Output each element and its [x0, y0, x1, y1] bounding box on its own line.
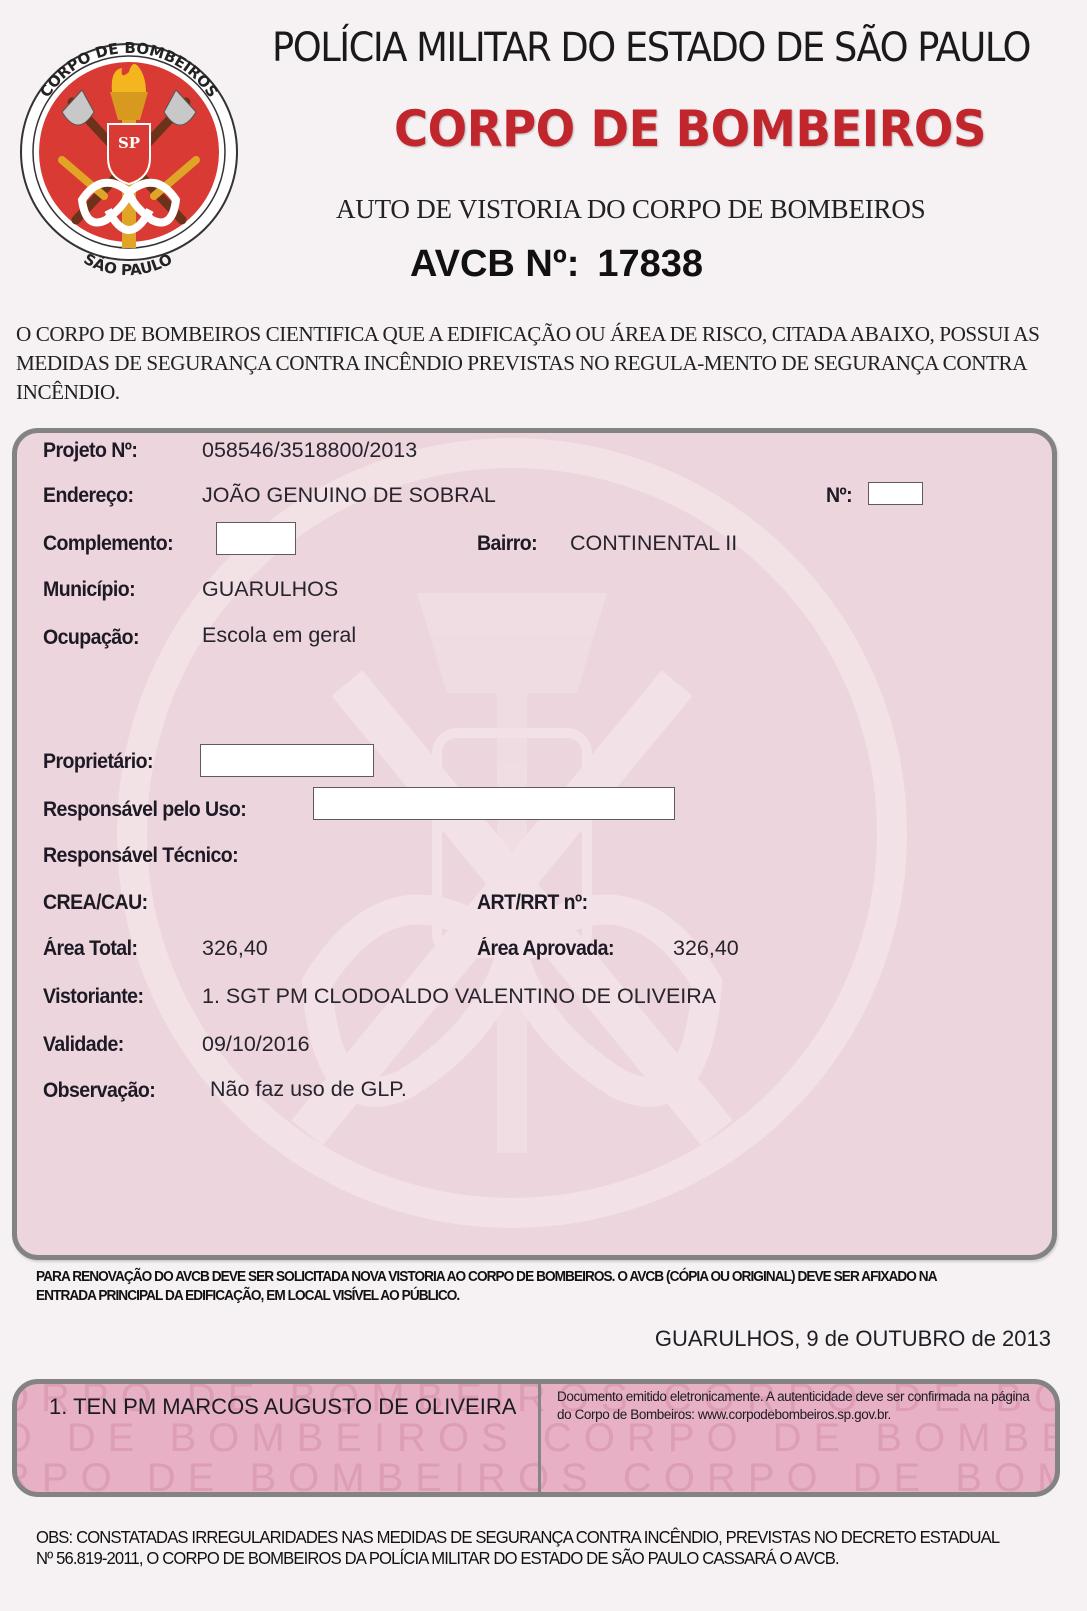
responsavel-uso-redacted-field — [313, 787, 675, 820]
ocupacao-value: Escola em geral — [202, 623, 356, 648]
numero-label: Nº: — [826, 484, 852, 508]
complemento-redacted-field — [216, 522, 296, 555]
vistoriante-value: 1. SGT PM CLODOALDO VALENTINO DE OLIVEIR… — [202, 984, 716, 1009]
avcb-label: AVCB Nº: — [410, 243, 579, 285]
crea-cau-label: CREA/CAU: — [43, 891, 148, 915]
emblem-shield-text: SP — [118, 134, 140, 152]
endereco-value: JOÃO GENUINO DE SOBRAL — [202, 483, 496, 508]
numero-redacted-field — [868, 482, 923, 505]
signature-panel: CORPO DE BOMBEIROS CORPO DE BOMBEIROS CO… — [12, 1379, 1060, 1497]
endereco-label: Endereço: — [43, 484, 133, 508]
organization-title: POLÍCIA MILITAR DO ESTADO DE SÃO PAULO — [272, 25, 999, 71]
validade-label: Validade: — [43, 1033, 124, 1057]
renewal-notice: PARA RENOVAÇÃO DO AVCB DEVE SER SOLICITA… — [36, 1268, 995, 1306]
ocupacao-label: Ocupação: — [43, 626, 139, 650]
footer-observation: OBS: CONSTATADAS IRREGULARIDADES NAS MED… — [36, 1527, 1015, 1569]
responsavel-tecnico-label: Responsável Técnico: — [43, 844, 238, 868]
proprietario-redacted-field — [200, 744, 374, 777]
details-panel: Projeto Nº: 058546/3518800/2013 Endereço… — [12, 428, 1057, 1260]
validade-value: 09/10/2016 — [202, 1032, 310, 1057]
authenticity-note: Documento emitido eletronicamente. A aut… — [557, 1388, 1037, 1424]
projeto-label: Projeto Nº: — [43, 439, 137, 463]
signatory-name: 1. TEN PM MARCOS AUGUSTO DE OLIVEIRA — [49, 1394, 519, 1420]
municipio-value: GUARULHOS — [202, 577, 338, 602]
bairro-label: Bairro: — [477, 532, 537, 556]
place-date: GUARULHOS, 9 de OUTUBRO de 2013 — [655, 1326, 1051, 1352]
observacao-label: Observação: — [43, 1079, 155, 1103]
department-title: CORPO DE BOMBEIROS — [394, 100, 986, 158]
corpo-de-bombeiros-emblem-icon: CORPO DE BOMBEIROS SÃO PAULO SP — [12, 20, 242, 290]
proprietario-label: Proprietário: — [43, 750, 153, 774]
area-total-value: 326,40 — [202, 936, 268, 961]
observacao-value: Não faz uso de GLP. — [210, 1077, 407, 1102]
projeto-value: 058546/3518800/2013 — [202, 438, 417, 463]
area-aprovada-value: 326,40 — [673, 936, 739, 961]
signature-divider — [538, 1384, 541, 1492]
vistoriante-label: Vistoriante: — [43, 985, 143, 1009]
intro-statement: O CORPO DE BOMBEIROS CIENTIFICA QUE A ED… — [16, 320, 1060, 407]
avcb-document: CORPO DE BOMBEIROS SÃO PAULO SP POLÍCIA … — [0, 0, 1087, 1611]
avcb-number-heading: AVCB Nº:17838 — [410, 243, 703, 286]
art-rrt-label: ART/RRT nº: — [477, 891, 588, 915]
responsavel-uso-label: Responsável pelo Uso: — [43, 798, 246, 822]
complemento-label: Complemento: — [43, 532, 173, 556]
document-type: AUTO DE VISTORIA DO CORPO DE BOMBEIROS — [336, 194, 925, 225]
municipio-label: Município: — [43, 578, 135, 602]
area-aprovada-label: Área Aprovada: — [477, 937, 614, 961]
avcb-number: 17838 — [597, 243, 703, 285]
bairro-value: CONTINENTAL II — [570, 531, 737, 556]
area-total-label: Área Total: — [43, 937, 137, 961]
